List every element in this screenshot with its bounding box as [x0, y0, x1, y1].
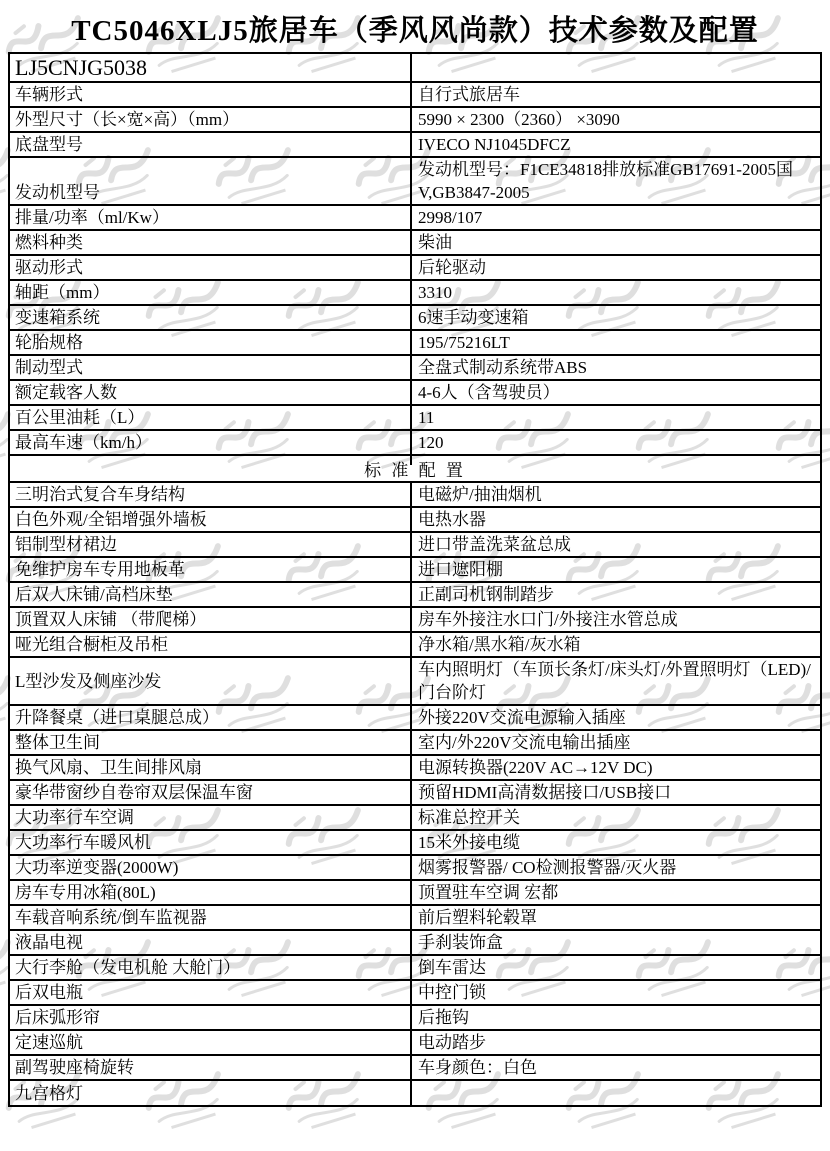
- spec-value: 手刹装饰盒: [418, 931, 503, 954]
- spec-label: 副驾驶座椅旋转: [15, 1056, 134, 1079]
- table-row: 后双电瓶中控门锁: [10, 981, 820, 1006]
- table-row: 房车专用冰箱(80L)顶置驻车空调 宏都: [10, 881, 820, 906]
- spec-label-cell: 车辆形式: [10, 83, 412, 106]
- spec-value-cell: 4-6人（含驾驶员）: [412, 381, 820, 404]
- table-row: 制动型式全盘式制动系统带ABS: [10, 356, 820, 381]
- spec-label: 大功率行车暖风机: [15, 831, 151, 854]
- table-row: 外型尺寸（长×宽×高）（mm）5990 × 2300（2360） ×3090: [10, 108, 820, 133]
- spec-label-cell: 九宫格灯: [10, 1081, 412, 1105]
- spec-value: 电动踏步: [418, 1031, 486, 1054]
- spec-value: 柴油: [418, 231, 452, 254]
- spec-label-cell: 轴距（mm）: [10, 281, 412, 304]
- table-row: 大功率逆变器(2000W)烟雾报警器/ CO检测报警器/灭火器: [10, 856, 820, 881]
- spec-value-cell: 6速手动变速箱: [412, 306, 820, 329]
- spec-label-cell: 顶置双人床铺 （带爬梯）: [10, 608, 412, 631]
- spec-value-cell: [412, 54, 820, 81]
- table-row: 底盘型号IVECO NJ1045DFCZ: [10, 133, 820, 158]
- spec-value-cell: 5990 × 2300（2360） ×3090: [412, 108, 820, 131]
- spec-value: IVECO NJ1045DFCZ: [418, 133, 571, 156]
- spec-label-cell: 免维护房车专用地板革: [10, 558, 412, 581]
- spec-value-cell: 电磁炉/抽油烟机: [412, 483, 820, 506]
- spec-label: 大功率行车空调: [15, 806, 134, 829]
- table-row: 大行李舱（发电机舱 大舱门）倒车雷达: [10, 956, 820, 981]
- spec-value-cell: 进口带盖洗菜盆总成: [412, 533, 820, 556]
- spec-label: 变速箱系统: [15, 306, 100, 329]
- spec-value-cell: 电动踏步: [412, 1031, 820, 1054]
- spec-value-cell: 房车外接注水口门/外接注水管总成: [412, 608, 820, 631]
- spec-value-cell: [412, 1081, 820, 1105]
- column-divider-stub: [410, 456, 412, 465]
- spec-label: 定速巡航: [15, 1031, 83, 1054]
- spec-value: 烟雾报警器/ CO检测报警器/灭火器: [418, 856, 676, 879]
- spec-label: 哑光组合橱柜及吊柜: [15, 633, 168, 656]
- spec-value: 2998/107: [418, 206, 482, 229]
- spec-value: 前后塑料轮毂罩: [418, 906, 537, 929]
- spec-label: 换气风扇、卫生间排风扇: [15, 756, 202, 779]
- spec-value: 后轮驱动: [418, 256, 486, 279]
- spec-label: 轴距（mm）: [15, 281, 109, 304]
- spec-label: 后床弧形帘: [15, 1006, 100, 1029]
- spec-value: 标准总控开关: [418, 806, 520, 829]
- spec-value: 6速手动变速箱: [418, 306, 529, 329]
- spec-value-cell: 发动机型号：F1CE34818排放标准GB17691-2005国V,GB3847…: [412, 158, 820, 204]
- spec-value: 电磁炉/抽油烟机: [418, 483, 542, 506]
- spec-label-cell: 制动型式: [10, 356, 412, 379]
- spec-label: 顶置双人床铺 （带爬梯）: [15, 608, 206, 631]
- spec-label: 轮胎规格: [15, 331, 83, 354]
- spec-label-cell: 哑光组合橱柜及吊柜: [10, 633, 412, 656]
- table-row: 液晶电视手刹装饰盒: [10, 931, 820, 956]
- spec-value: 净水箱/黑水箱/灰水箱: [418, 633, 580, 656]
- table-row: 哑光组合橱柜及吊柜净水箱/黑水箱/灰水箱: [10, 633, 820, 658]
- spec-value: 车内照明灯（车顶长条灯/床头灯/外置照明灯（LED)/门台阶灯: [418, 658, 816, 704]
- table-row: 豪华带窗纱自卷帘双层保温车窗预留HDMI高清数据接口/USB接口: [10, 781, 820, 806]
- spec-label-cell: 驱动形式: [10, 256, 412, 279]
- table-row: 副驾驶座椅旋转车身颜色：白色: [10, 1056, 820, 1081]
- spec-label: 燃料种类: [15, 231, 83, 254]
- page-title: TC5046XLJ5旅居车（季风风尚款）技术参数及配置: [0, 0, 830, 50]
- table-row: 三明治式复合车身结构电磁炉/抽油烟机: [10, 483, 820, 508]
- table-row: 白色外观/全铝增强外墙板电热水器: [10, 508, 820, 533]
- table-row: 轴距（mm）3310: [10, 281, 820, 306]
- spec-label-cell: 液晶电视: [10, 931, 412, 954]
- spec-value: 发动机型号：F1CE34818排放标准GB17691-2005国V,GB3847…: [418, 158, 816, 204]
- spec-label-cell: 大功率行车暖风机: [10, 831, 412, 854]
- spec-label: 大功率逆变器(2000W): [15, 856, 178, 879]
- spec-label: 车载音响系统/倒车监视器: [15, 906, 207, 929]
- spec-label-cell: 三明治式复合车身结构: [10, 483, 412, 506]
- spec-label-cell: 白色外观/全铝增强外墙板: [10, 508, 412, 531]
- spec-label: 液晶电视: [15, 931, 83, 954]
- spec-label-cell: 大功率行车空调: [10, 806, 412, 829]
- spec-value: 15米外接电缆: [418, 831, 520, 854]
- spec-label-cell: 换气风扇、卫生间排风扇: [10, 756, 412, 779]
- spec-value-cell: 外接220V交流电源输入插座: [412, 706, 820, 729]
- table-row: 轮胎规格195/75216LT: [10, 331, 820, 356]
- spec-value-cell: 中控门锁: [412, 981, 820, 1004]
- spec-label-cell: 整体卫生间: [10, 731, 412, 754]
- spec-label-cell: 房车专用冰箱(80L): [10, 881, 412, 904]
- spec-value: 11: [418, 406, 434, 429]
- spec-value-cell: 2998/107: [412, 206, 820, 229]
- spec-value-cell: 11: [412, 406, 820, 429]
- spec-value: 电热水器: [418, 508, 486, 531]
- spec-label-cell: 最高车速（km/h）: [10, 431, 412, 454]
- spec-label: 驱动形式: [15, 256, 83, 279]
- spec-label-cell: 发动机型号: [10, 158, 412, 204]
- spec-label-cell: 定速巡航: [10, 1031, 412, 1054]
- spec-label: 排量/功率（ml/Kw）: [15, 206, 169, 229]
- spec-value-cell: 自行式旅居车: [412, 83, 820, 106]
- spec-value-cell: 195/75216LT: [412, 331, 820, 354]
- spec-value-cell: 后轮驱动: [412, 256, 820, 279]
- spec-label-cell: 变速箱系统: [10, 306, 412, 329]
- table-row: LJ5CNJG5038: [10, 54, 820, 83]
- table-row: 九宫格灯: [10, 1081, 820, 1105]
- spec-value-cell: 净水箱/黑水箱/灰水箱: [412, 633, 820, 656]
- spec-value: 预留HDMI高清数据接口/USB接口: [418, 781, 671, 804]
- spec-label: L型沙发及侧座沙发: [15, 670, 161, 693]
- spec-label-cell: 大功率逆变器(2000W): [10, 856, 412, 879]
- spec-label-cell: 额定载客人数: [10, 381, 412, 404]
- section-header-row: 标 准 配 置: [10, 456, 820, 483]
- spec-label: 九宫格灯: [15, 1082, 83, 1105]
- spec-value: 外接220V交流电源输入插座: [418, 706, 626, 729]
- spec-label: 房车专用冰箱(80L): [15, 881, 156, 904]
- table-row: 后双人床铺/高档床垫正副司机钢制踏步: [10, 583, 820, 608]
- spec-value: 4-6人（含驾驶员）: [418, 381, 560, 404]
- spec-label-cell: LJ5CNJG5038: [10, 54, 412, 81]
- spec-value-cell: 全盘式制动系统带ABS: [412, 356, 820, 379]
- spec-label: 后双人床铺/高档床垫: [15, 583, 173, 606]
- spec-value-cell: 倒车雷达: [412, 956, 820, 979]
- spec-value: 顶置驻车空调 宏都: [418, 881, 558, 904]
- spec-value: 全盘式制动系统带ABS: [418, 356, 587, 379]
- table-row: 最高车速（km/h）120: [10, 431, 820, 456]
- spec-value-cell: 后拖钩: [412, 1006, 820, 1029]
- table-row: L型沙发及侧座沙发车内照明灯（车顶长条灯/床头灯/外置照明灯（LED)/门台阶灯: [10, 658, 820, 706]
- table-row: 免维护房车专用地板革进口遮阳棚: [10, 558, 820, 583]
- spec-value-cell: 顶置驻车空调 宏都: [412, 881, 820, 904]
- spec-value-cell: 15米外接电缆: [412, 831, 820, 854]
- spec-value: 车身颜色：白色: [418, 1056, 537, 1079]
- spec-label-cell: 后床弧形帘: [10, 1006, 412, 1029]
- spec-label-cell: 大行李舱（发电机舱 大舱门）: [10, 956, 412, 979]
- spec-label-cell: 轮胎规格: [10, 331, 412, 354]
- spec-value: 195/75216LT: [418, 331, 510, 354]
- spec-label-cell: 豪华带窗纱自卷帘双层保温车窗: [10, 781, 412, 804]
- spec-value: 120: [418, 431, 444, 454]
- spec-value-cell: 柴油: [412, 231, 820, 254]
- spec-value-cell: 120: [412, 431, 820, 454]
- table-row: 铝制型材裙边进口带盖洗菜盆总成: [10, 533, 820, 558]
- table-row: 整体卫生间室内/外220V交流电输出插座: [10, 731, 820, 756]
- spec-value-cell: 烟雾报警器/ CO检测报警器/灭火器: [412, 856, 820, 879]
- spec-label-cell: 升降餐桌（进口桌腿总成）: [10, 706, 412, 729]
- spec-label: 外型尺寸（长×宽×高）（mm）: [15, 108, 239, 131]
- spec-label-cell: 铝制型材裙边: [10, 533, 412, 556]
- spec-label: 免维护房车专用地板革: [15, 558, 185, 581]
- spec-value-cell: 前后塑料轮毂罩: [412, 906, 820, 929]
- table-row: 变速箱系统6速手动变速箱: [10, 306, 820, 331]
- spec-label: 三明治式复合车身结构: [15, 483, 185, 506]
- spec-label: 底盘型号: [15, 133, 83, 156]
- spec-label: 铝制型材裙边: [15, 533, 117, 556]
- table-row: 发动机型号发动机型号：F1CE34818排放标准GB17691-2005国V,G…: [10, 158, 820, 206]
- spec-label-cell: 后双人床铺/高档床垫: [10, 583, 412, 606]
- spec-label: 白色外观/全铝增强外墙板: [15, 508, 207, 531]
- table-row: 换气风扇、卫生间排风扇电源转换器(220V AC→12V DC): [10, 756, 820, 781]
- spec-value-cell: 正副司机钢制踏步: [412, 583, 820, 606]
- spec-value: 中控门锁: [418, 981, 486, 1004]
- spec-value: 正副司机钢制踏步: [418, 583, 554, 606]
- spec-value: 电源转换器(220V AC→12V DC): [418, 756, 653, 779]
- spec-label-cell: 车载音响系统/倒车监视器: [10, 906, 412, 929]
- spec-value: 后拖钩: [418, 1006, 469, 1029]
- table-row: 升降餐桌（进口桌腿总成）外接220V交流电源输入插座: [10, 706, 820, 731]
- spec-value-cell: 3310: [412, 281, 820, 304]
- spec-value-cell: IVECO NJ1045DFCZ: [412, 133, 820, 156]
- spec-value: 3310: [418, 281, 452, 304]
- spec-value-cell: 车内照明灯（车顶长条灯/床头灯/外置照明灯（LED)/门台阶灯: [412, 658, 820, 704]
- table-row: 车载音响系统/倒车监视器前后塑料轮毂罩: [10, 906, 820, 931]
- spec-label: 升降餐桌（进口桌腿总成）: [15, 706, 219, 729]
- spec-value-cell: 室内/外220V交流电输出插座: [412, 731, 820, 754]
- table-row: 燃料种类柴油: [10, 231, 820, 256]
- spec-value: 房车外接注水口门/外接注水管总成: [418, 608, 678, 631]
- spec-label: 大行李舱（发电机舱 大舱门）: [15, 956, 240, 979]
- spec-label-cell: 外型尺寸（长×宽×高）（mm）: [10, 108, 412, 131]
- table-row: 大功率行车空调标准总控开关: [10, 806, 820, 831]
- spec-value-cell: 预留HDMI高清数据接口/USB接口: [412, 781, 820, 804]
- spec-value-cell: 进口遮阳棚: [412, 558, 820, 581]
- table-row: 额定载客人数4-6人（含驾驶员）: [10, 381, 820, 406]
- spec-value: 倒车雷达: [418, 956, 486, 979]
- spec-label-cell: L型沙发及侧座沙发: [10, 658, 412, 704]
- spec-label-cell: 底盘型号: [10, 133, 412, 156]
- spec-label: LJ5CNJG5038: [15, 54, 147, 81]
- spec-value: 5990 × 2300（2360） ×3090: [418, 108, 620, 131]
- spec-label: 制动型式: [15, 356, 83, 379]
- section-title: 标 准 配 置: [364, 456, 466, 481]
- spec-value-cell: 标准总控开关: [412, 806, 820, 829]
- spec-value-cell: 车身颜色：白色: [412, 1056, 820, 1079]
- spec-label: 后双电瓶: [15, 981, 83, 1004]
- table-row: 百公里油耗（L）11: [10, 406, 820, 431]
- table-row: 排量/功率（ml/Kw）2998/107: [10, 206, 820, 231]
- spec-value: 室内/外220V交流电输出插座: [418, 731, 631, 754]
- spec-value-cell: 手刹装饰盒: [412, 931, 820, 954]
- spec-label: 豪华带窗纱自卷帘双层保温车窗: [15, 781, 253, 804]
- spec-label-cell: 燃料种类: [10, 231, 412, 254]
- spec-label: 车辆形式: [15, 83, 83, 106]
- table-row: 驱动形式后轮驱动: [10, 256, 820, 281]
- spec-label-cell: 副驾驶座椅旋转: [10, 1056, 412, 1079]
- spec-label-cell: 排量/功率（ml/Kw）: [10, 206, 412, 229]
- spec-label: 整体卫生间: [15, 731, 100, 754]
- spec-value: 自行式旅居车: [418, 83, 520, 106]
- spec-table: LJ5CNJG5038车辆形式自行式旅居车外型尺寸（长×宽×高）（mm）5990…: [8, 52, 822, 1107]
- table-row: 顶置双人床铺 （带爬梯）房车外接注水口门/外接注水管总成: [10, 608, 820, 633]
- spec-value: 进口遮阳棚: [418, 558, 503, 581]
- spec-label-cell: 百公里油耗（L）: [10, 406, 412, 429]
- table-row: 车辆形式自行式旅居车: [10, 83, 820, 108]
- spec-value-cell: 电热水器: [412, 508, 820, 531]
- table-row: 后床弧形帘后拖钩: [10, 1006, 820, 1031]
- spec-label: 发动机型号: [15, 181, 100, 204]
- spec-label-cell: 后双电瓶: [10, 981, 412, 1004]
- spec-value: 进口带盖洗菜盆总成: [418, 533, 571, 556]
- spec-label: 额定载客人数: [15, 381, 117, 404]
- spec-label: 百公里油耗（L）: [15, 406, 144, 429]
- table-row: 定速巡航电动踏步: [10, 1031, 820, 1056]
- table-row: 大功率行车暖风机15米外接电缆: [10, 831, 820, 856]
- spec-label: 最高车速（km/h）: [15, 431, 152, 454]
- spec-value-cell: 电源转换器(220V AC→12V DC): [412, 756, 820, 779]
